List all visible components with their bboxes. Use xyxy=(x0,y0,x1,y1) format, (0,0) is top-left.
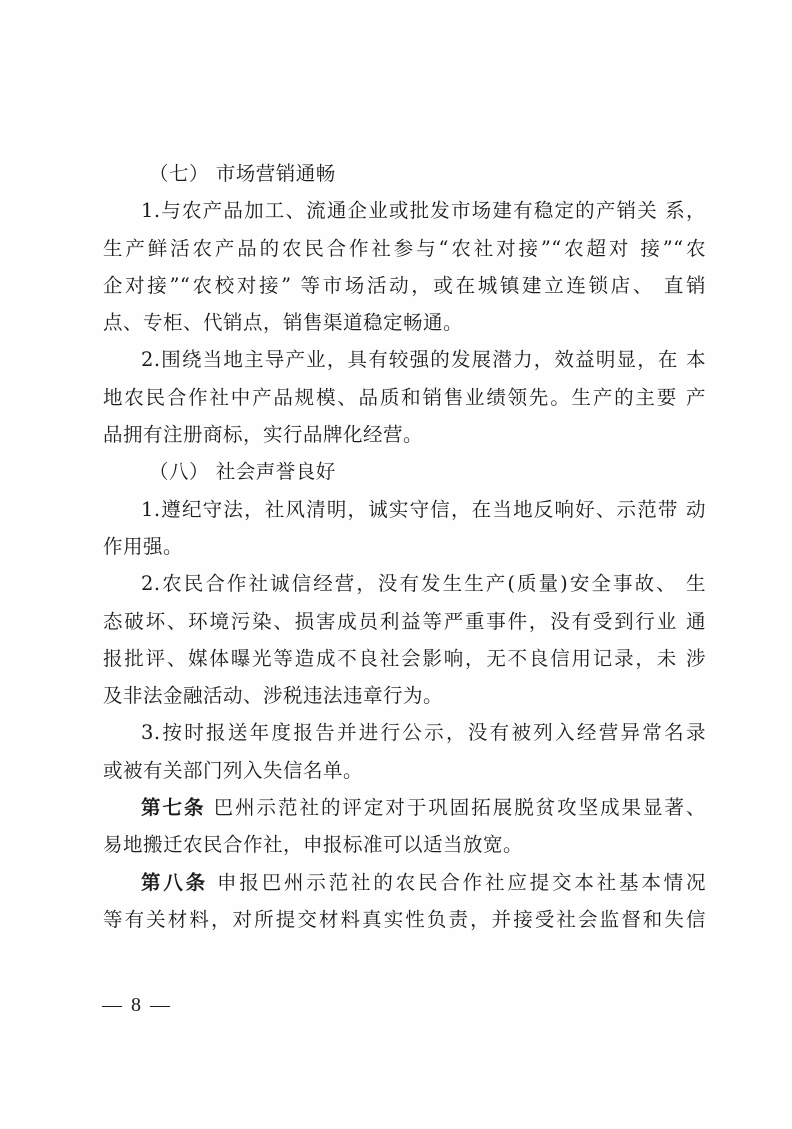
article-label: 第八条 xyxy=(141,871,208,894)
paragraph-line: 品拥有注册商标，实行品牌化经营。 xyxy=(103,416,706,453)
paragraph-line: 报批评、媒体曝光等造成不良社会影响，无不良信用记录，未 涉 xyxy=(103,640,706,677)
paragraph-line: 1.遵纪守法，社风清明，诚实守信，在当地反响好、示范带 动 xyxy=(103,491,706,528)
paragraph-line: 或被有关部门列入失信名单。 xyxy=(103,752,706,789)
page-number: — 8 — xyxy=(102,994,172,1017)
paragraph-line: 易地搬迁农民合作社，申报标准可以适当放宽。 xyxy=(103,826,706,863)
paragraph-line: 态破坏、环境污染、损害成员利益等严重事件，没有受到行业 通 xyxy=(103,603,706,640)
paragraph-line: 点、专柜、代销点，销售渠道稳定畅通。 xyxy=(103,304,706,341)
paragraph-line: 作用强。 xyxy=(103,528,706,565)
paragraph-line: 2.围绕当地主导产业，具有较强的发展潜力，效益明显，在 本 xyxy=(103,341,706,378)
paragraph-line: 及非法金融活动、涉税违法违章行为。 xyxy=(103,677,706,714)
paragraph-line: 地农民合作社中产品规模、品质和销售业绩领先。生产的主要 产 xyxy=(103,379,706,416)
paragraph-line: 2.农民合作社诚信经营，没有发生生产(质量)安全事故、 生 xyxy=(103,565,706,602)
paragraph-line: 生产鲜活农产品的农民合作社参与“农社对接”“农超对 接”“农 xyxy=(103,230,706,267)
article-seven-line: 第七条 巴州示范社的评定对于巩固拓展脱贫攻坚成果显著、 xyxy=(103,789,706,826)
document-page: （七） 市场营销通畅 1.与农产品加工、流通企业或批发市场建有稳定的产销关 系，… xyxy=(0,0,792,1129)
paragraph-line: 3.按时报送年度报告并进行公示，没有被列入经营异常名录 xyxy=(103,714,706,751)
article-label: 第七条 xyxy=(141,796,205,819)
paragraph-line: 企对接”“农校对接” 等市场活动，或在城镇建立连锁店、 直销 xyxy=(103,267,706,304)
paragraph-line: 等有关材料，对所提交材料真实性负责，并接受社会监督和失信 xyxy=(103,901,706,938)
article-text: 巴州示范社的评定对于巩固拓展脱贫攻坚成果显著、 xyxy=(214,796,706,819)
article-eight-line: 第八条 申报巴州示范社的农民合作社应提交本社基本情况 xyxy=(103,864,706,901)
section-heading-social-reputation: （八） 社会声誉良好 xyxy=(103,453,706,490)
paragraph-line: 1.与农产品加工、流通企业或批发市场建有稳定的产销关 系， xyxy=(103,192,706,229)
section-heading-market-marketing: （七） 市场营销通畅 xyxy=(103,155,706,192)
document-body: （七） 市场营销通畅 1.与农产品加工、流通企业或批发市场建有稳定的产销关 系，… xyxy=(103,155,706,938)
article-text: 申报巴州示范社的农民合作社应提交本社基本情况 xyxy=(217,871,706,894)
